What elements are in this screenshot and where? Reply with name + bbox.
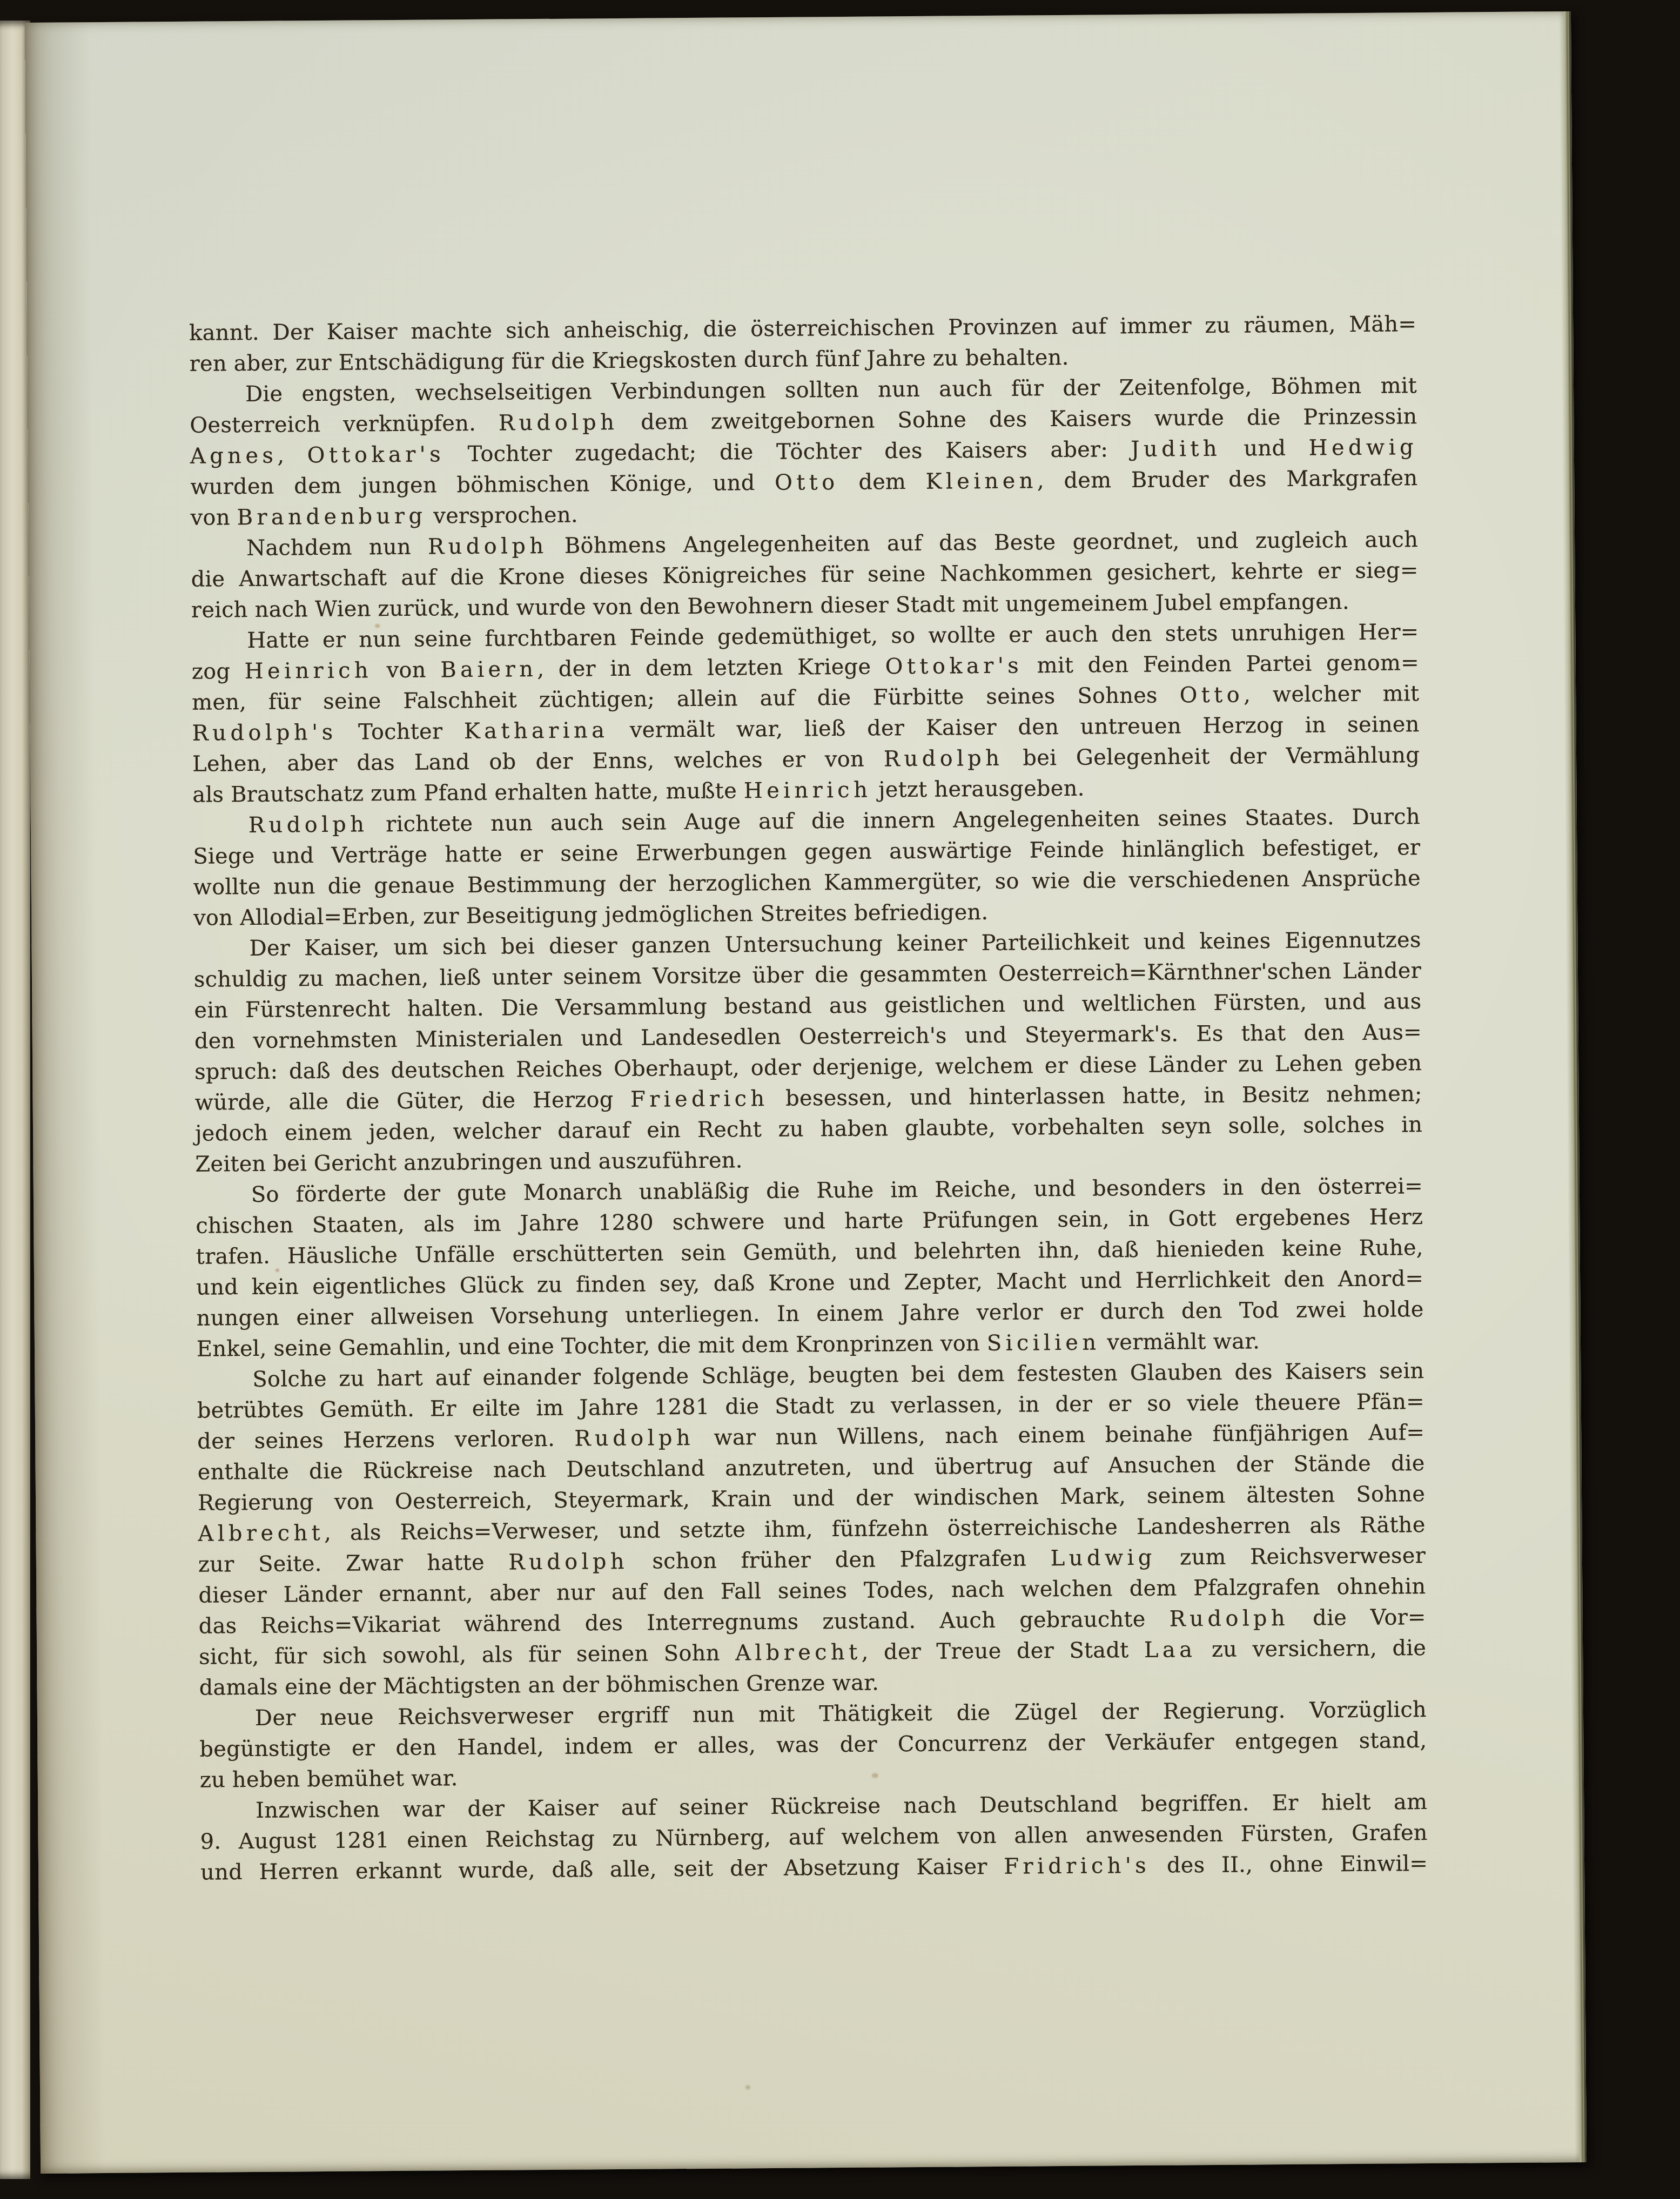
- letterspaced-name: Rudolph: [884, 746, 1004, 772]
- letterspaced-name: Otto: [1179, 682, 1244, 708]
- letterspaced-name: Friedrich: [630, 1086, 769, 1112]
- letterspaced-name: Otto: [775, 470, 839, 495]
- letterspaced-name: Heinrich: [245, 658, 373, 684]
- letterspaced-name: Ottokar's: [885, 653, 1023, 679]
- letterspaced-name: Baiern: [440, 657, 537, 682]
- letterspaced-name: Sicilien: [987, 1330, 1100, 1356]
- letterspaced-name: Laa: [1144, 1637, 1197, 1663]
- letterspaced-name: Rudolph: [428, 534, 548, 560]
- scanned-book-page: kannt. Der Kaiser machte sich anheischig…: [0, 0, 1680, 2199]
- gutter-crease: [25, 22, 105, 2174]
- letterspaced-name: Rudolph: [248, 812, 368, 838]
- letterspaced-name: Kleinen: [926, 468, 1037, 494]
- letterspaced-name: Ottokar's: [307, 442, 445, 468]
- letterspaced-name: Ludwig: [1051, 1545, 1156, 1571]
- letterspaced-name: Brandenburg: [237, 504, 427, 530]
- letterspaced-name: Judith: [1131, 436, 1221, 462]
- letterspaced-name: Fridrich's: [1004, 1853, 1150, 1879]
- paper-stain: [745, 2085, 750, 2089]
- letterspaced-name: Rudolph: [1169, 1606, 1289, 1632]
- letterspaced-name: Katharina: [464, 718, 609, 744]
- letterspaced-name: Albrecht: [198, 1521, 324, 1546]
- text-block: kannt. Der Kaiser machte sich anheischig…: [189, 309, 1428, 1888]
- letterspaced-name: Hedwig: [1308, 435, 1417, 460]
- letterspaced-name: Rudolph: [574, 1425, 694, 1451]
- letterspaced-name: Heinrich: [744, 778, 872, 804]
- letterspaced-name: Rudolph's: [192, 720, 337, 746]
- page-stack-edges: [1559, 11, 1587, 2162]
- letterspaced-name: Albrecht: [735, 1640, 862, 1666]
- book-page: kannt. Der Kaiser machte sich anheischig…: [25, 11, 1587, 2174]
- letterspaced-name: Rudolph: [499, 410, 619, 436]
- letterspaced-name: Rudolph: [508, 1549, 628, 1575]
- previous-page-edge: [0, 21, 30, 2179]
- letterspaced-name: Agnes: [190, 443, 278, 469]
